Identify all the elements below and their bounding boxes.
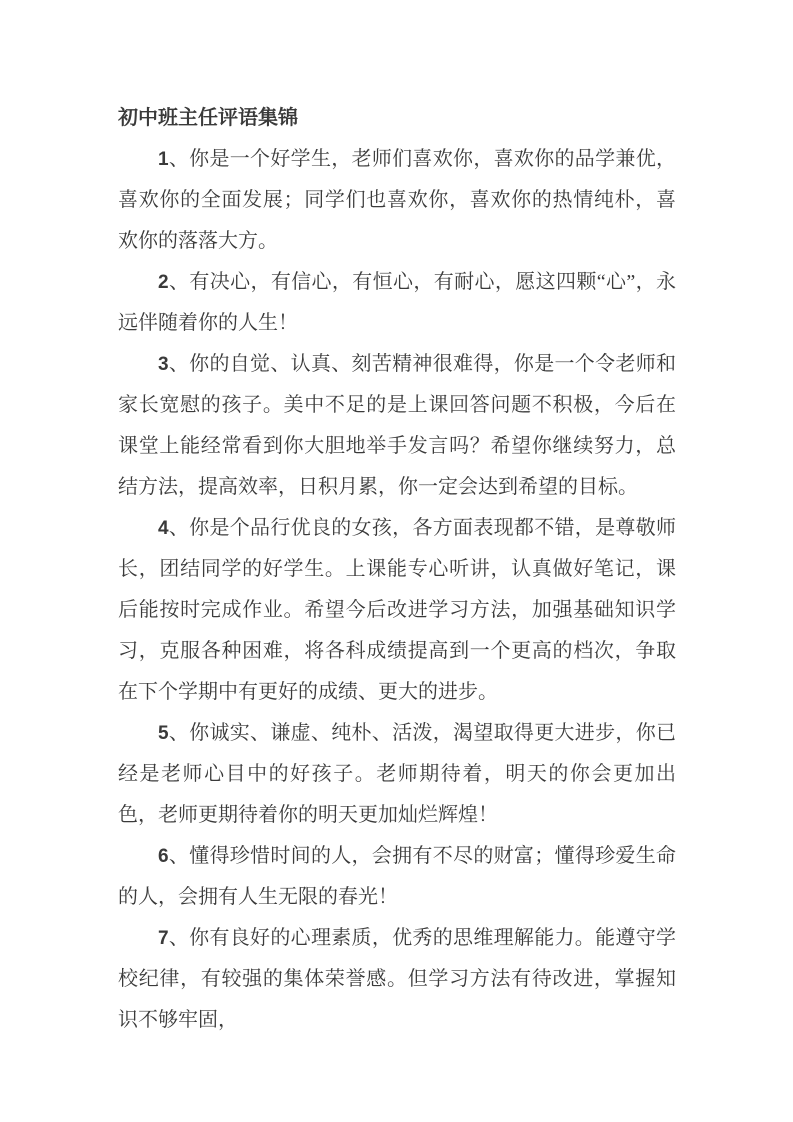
comment-number-separator: 、: [169, 722, 190, 744]
document-page: 初中班主任评语集锦 1、你是一个好学生，老师们喜欢你，喜欢你的品学兼优，喜欢你的…: [0, 0, 793, 1122]
document-title: 初中班主任评语集锦: [118, 98, 676, 139]
comment-paragraph: 1、你是一个好学生，老师们喜欢你，喜欢你的品学兼优，喜欢你的全面发展；同学们也喜…: [118, 139, 676, 262]
paragraph-list: 1、你是一个好学生，老师们喜欢你，喜欢你的品学兼优，喜欢你的全面发展；同学们也喜…: [118, 139, 676, 1041]
comment-paragraph: 7、你有良好的心理素质，优秀的思维理解能力。能遵守学校纪律，有较强的集体荣誉感。…: [118, 918, 676, 1041]
comment-number-separator: 、: [169, 517, 190, 539]
document-content: 初中班主任评语集锦 1、你是一个好学生，老师们喜欢你，喜欢你的品学兼优，喜欢你的…: [118, 98, 676, 1041]
comment-number: 7: [158, 928, 169, 949]
comment-number-separator: 、: [169, 353, 190, 375]
comment-paragraph: 2、有决心，有信心，有恒心，有耐心，愿这四颗“心”，永远伴随着你的人生！: [118, 262, 676, 344]
comment-text: 你诚实、谦虚、纯朴、活泼，渴望取得更大进步，你已经是老师心目中的好孩子。老师期待…: [118, 722, 676, 826]
comment-text: 你的自觉、认真、刻苦精神很难得，你是一个令老师和家长宽慰的孩子。美中不足的是上课…: [118, 353, 676, 498]
comment-paragraph: 6、懂得珍惜时间的人，会拥有不尽的财富；懂得珍爱生命的人，会拥有人生无限的春光！: [118, 836, 676, 918]
comment-text: 你是一个好学生，老师们喜欢你，喜欢你的品学兼优，喜欢你的全面发展；同学们也喜欢你…: [118, 148, 676, 252]
comment-paragraph: 5、你诚实、谦虚、纯朴、活泼，渴望取得更大进步，你已经是老师心目中的好孩子。老师…: [118, 713, 676, 836]
comment-text: 懂得珍惜时间的人，会拥有不尽的财富；懂得珍爱生命的人，会拥有人生无限的春光！: [118, 845, 676, 908]
comment-number: 2: [158, 272, 169, 293]
comment-number: 3: [158, 354, 169, 375]
comment-text: 你是个品行优良的女孩，各方面表现都不错，是尊敬师长，团结同学的好学生。上课能专心…: [118, 517, 676, 703]
comment-paragraph: 4、你是个品行优良的女孩，各方面表现都不错，是尊敬师长，团结同学的好学生。上课能…: [118, 508, 676, 713]
comment-number-separator: 、: [169, 271, 190, 293]
comment-number-separator: 、: [169, 148, 190, 170]
comment-number: 5: [158, 723, 169, 744]
comment-number: 1: [158, 149, 169, 170]
comment-number-separator: 、: [169, 927, 190, 949]
comment-number-separator: 、: [169, 845, 190, 867]
comment-number: 6: [158, 846, 169, 867]
comment-text: 有决心，有信心，有恒心，有耐心，愿这四颗“心”，永远伴随着你的人生！: [118, 271, 676, 334]
comment-number: 4: [158, 518, 169, 539]
comment-text: 你有良好的心理素质，优秀的思维理解能力。能遵守学校纪律，有较强的集体荣誉感。但学…: [118, 927, 676, 1031]
comment-paragraph: 3、你的自觉、认真、刻苦精神很难得，你是一个令老师和家长宽慰的孩子。美中不足的是…: [118, 344, 676, 508]
